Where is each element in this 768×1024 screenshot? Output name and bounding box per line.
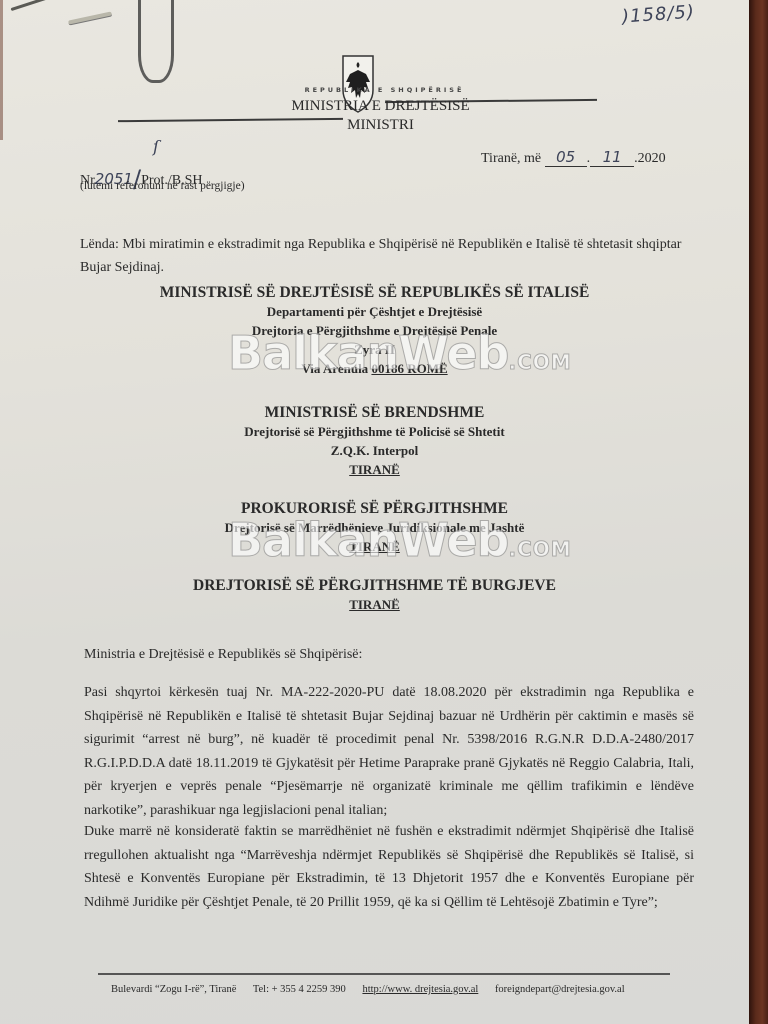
place-prefix: Via Arenula: [301, 361, 371, 376]
place-city: 00186 ROMË: [371, 361, 447, 376]
staple-mark: [68, 11, 112, 24]
recipient-block: MINISTRISË SË BRENDSHME Drejtorisë së Pë…: [0, 403, 749, 479]
staple-mark: [11, 0, 50, 11]
recipient-place: Via Arenula 00186 ROMË: [0, 359, 749, 378]
recipient-title: DREJTORISË SË PËRGJITHSHME TË BURGJEVE: [0, 576, 749, 595]
handwritten-note: )158/5): [621, 1, 695, 27]
subject-line: Lënda: Mbi miratimin e ekstradimit nga R…: [80, 233, 700, 279]
recipient-title: PROKURORISË SË PËRGJITHSHME: [0, 499, 749, 518]
recipient-block: PROKURORISË SË PËRGJITHSHME Drejtorisë s…: [0, 499, 749, 556]
body-paragraph: Duke marrë në konsideratë faktin se marr…: [84, 820, 694, 914]
recipient-line: Drejtorisë së Marrëdhënieve Juridiksiona…: [0, 518, 749, 537]
letterhead-country: REPUBLIKA E SHQIPËRISË: [0, 86, 749, 94]
recipient-place: TIRANË: [0, 537, 749, 556]
recipient-line: Departamenti për Çështjet e Drejtësisë: [0, 302, 749, 321]
greeting: Ministria e Drejtësisë e Republikës së S…: [84, 647, 362, 663]
recipient-line: Drejtorisë së Përgjithshme të Policisë s…: [0, 422, 749, 441]
letterhead-ministry: MINISTRIA E DREJTËSISË: [0, 98, 749, 115]
handwritten-nr-superscript: ſ: [153, 137, 159, 156]
document-date: Tiranë, më 05.11.2020: [481, 148, 666, 167]
paperclip-icon: [138, 0, 174, 83]
place-city: TIRANË: [349, 539, 400, 554]
footer-website-link[interactable]: http://www. drejtesia.gov.al: [362, 984, 478, 995]
date-prefix: Tiranë, më: [481, 151, 541, 166]
handwritten-date-day: 05: [545, 148, 587, 167]
recipient-place: TIRANË: [0, 595, 749, 614]
place-city: TIRANË: [349, 597, 400, 612]
date-year: .2020: [634, 151, 666, 166]
recipient-title: MINISTRISË SË BRENDSHME: [0, 403, 749, 422]
wooden-table-edge: [749, 0, 768, 1024]
handwritten-date-month: 11: [590, 148, 634, 167]
body-paragraph: Pasi shqyrtoi kërkesën tuaj Nr. MA-222-2…: [84, 681, 694, 822]
document-page: )158/5) REPUBLIKA E SHQIPËRISË MINISTRIA…: [0, 0, 749, 1024]
recipient-line: Drejtoria e Përgjithshme e Drejtësisë Pe…: [0, 321, 749, 340]
footer-address: Bulevardi “Zogu I-rë”, Tiranë: [111, 984, 236, 995]
recipient-block: DREJTORISË SË PËRGJITHSHME TË BURGJEVE T…: [0, 576, 749, 614]
recipient-line: Z.Q.K. Interpol: [0, 441, 749, 460]
recipient-block: MINISTRISË SË DREJTËSISË SË REPUBLIKËS S…: [0, 283, 749, 378]
letterhead-office: MINISTRI: [0, 117, 749, 134]
recipient-title: MINISTRISË SË DREJTËSISË SË REPUBLIKËS S…: [0, 283, 749, 302]
footer-email[interactable]: foreigndepart@drejtesia.gov.al: [495, 984, 625, 995]
place-city: TIRANË: [349, 462, 400, 477]
recipient-line: Zyra II: [0, 340, 749, 359]
footer-phone: Tel: + 355 4 2259 390: [253, 984, 346, 995]
footer-rule: [98, 973, 670, 975]
recipient-place: TIRANË: [0, 460, 749, 479]
reference-note: (lutemi referohuni në rast përgjigje): [80, 180, 245, 192]
footer-contact: Bulevardi “Zogu I-rë”, Tiranë Tel: + 355…: [111, 984, 639, 995]
